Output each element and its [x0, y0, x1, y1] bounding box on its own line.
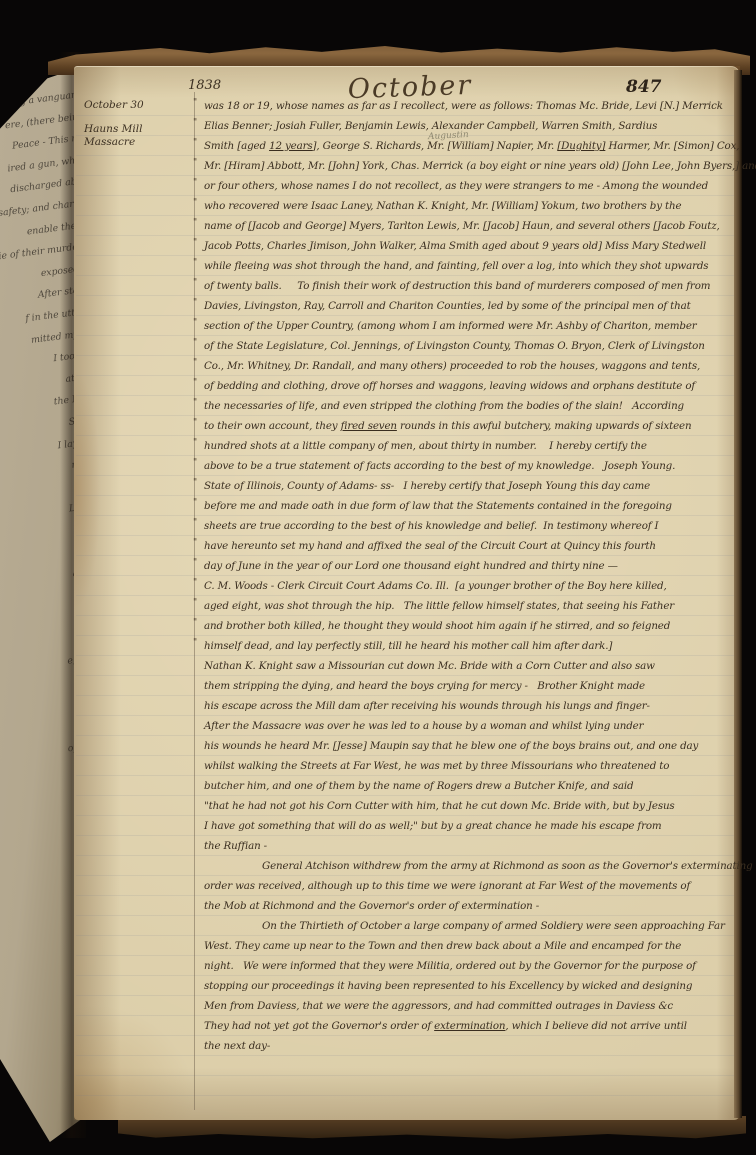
page-number: 847: [626, 77, 662, 97]
line-text: Co., Mr. Whitney, Dr. Randall, and many …: [204, 360, 700, 372]
ditto-mark: ": [193, 393, 197, 413]
manuscript-line: "have hereunto set my hand and affixed t…: [204, 536, 738, 556]
ditto-mark: ": [193, 433, 197, 453]
manuscript-line: "the necessaries of life, and even strip…: [204, 396, 738, 416]
line-text: I have got something that will do as wel…: [204, 820, 662, 832]
manuscript-line: "and brother both killed, he thought the…: [204, 616, 738, 636]
line-text: aged eight, was shot through the hip. Th…: [204, 600, 674, 612]
line-text: Mr. [Hiram] Abbott, Mr. [John] York, Cha…: [204, 160, 756, 172]
ditto-mark: ": [193, 313, 197, 333]
ditto-mark: ": [193, 553, 197, 573]
ditto-mark: ": [193, 493, 197, 513]
line-text: who recovered were Isaac Laney, Nathan K…: [204, 200, 681, 212]
manuscript-line: "or four others, whose names I do not re…: [204, 176, 738, 196]
manuscript-line: butcher him, and one of them by the name…: [204, 776, 738, 796]
margin-note: October 30: [84, 99, 189, 113]
manuscript-line: "of twenty balls. To finish their work o…: [204, 276, 738, 296]
manuscript-line: Men from Daviess, that we were the aggre…: [204, 996, 738, 1016]
manuscript-line: They had not yet got the Governor's orde…: [204, 1016, 738, 1036]
manuscript-line: "who recovered were Isaac Laney, Nathan …: [204, 196, 738, 216]
line-text: the Mob at Richmond and the Governor's o…: [204, 900, 539, 912]
manuscript-line: I have got something that will do as wel…: [204, 816, 738, 836]
ditto-mark: ": [193, 513, 197, 533]
margin-notes: October 30Hauns MillMassacre: [84, 99, 189, 150]
ditto-mark: ": [193, 633, 197, 653]
manuscript-scan: ing a vanguardere, (there beingPeace - T…: [0, 0, 756, 1155]
manuscript-line: "that he had not got his Corn Cutter wit…: [204, 796, 738, 816]
line-text: have hereunto set my hand and affixed th…: [204, 540, 656, 552]
line-text: above to be a true statement of facts ac…: [204, 460, 675, 472]
ditto-mark: ": [193, 193, 197, 213]
manuscript-line: whilst walking the Streets at Far West, …: [204, 756, 738, 776]
manuscript-line: "before me and made oath in due form of …: [204, 496, 738, 516]
manuscript-line: the next day-: [204, 1036, 738, 1056]
line-text: of the State Legislature, Col. Jennings,…: [204, 340, 705, 352]
line-text: Davies, Livingston, Ray, Carroll and Cha…: [204, 300, 691, 312]
line-text: butcher him, and one of them by the name…: [204, 780, 633, 792]
ditto-mark: ": [193, 273, 197, 293]
ditto-mark: ": [193, 373, 197, 393]
line-text: to their own account, they fired seven r…: [204, 420, 692, 432]
manuscript-line: "day of June in the year of our Lord one…: [204, 556, 738, 576]
ditto-mark: ": [193, 173, 197, 193]
manuscript-line: them stripping the dying, and heard the …: [204, 676, 738, 696]
line-text: State of Illinois, County of Adams- ss- …: [204, 480, 650, 492]
line-text: sheets are true according to the best of…: [204, 520, 658, 532]
line-text: General Atchison withdrew from the army …: [262, 860, 753, 872]
line-text: of twenty balls. To finish their work of…: [204, 280, 710, 292]
line-text: the next day-: [204, 1040, 270, 1052]
manuscript-line: "Davies, Livingston, Ray, Carroll and Ch…: [204, 296, 738, 316]
year-label: 1838: [188, 78, 221, 93]
leather-binding-bottom: [118, 1116, 746, 1146]
manuscript-line: his escape across the Mill dam after rec…: [204, 696, 738, 716]
manuscript-line: "Smith [aged 12 years], George S. Richar…: [204, 136, 738, 156]
ditto-mark: ": [193, 133, 197, 153]
ditto-mark: ": [193, 533, 197, 553]
ditto-mark: ": [193, 593, 197, 613]
line-text: Smith [aged 12 years], George S. Richard…: [204, 140, 739, 152]
line-text: of bedding and clothing, drove off horse…: [204, 380, 695, 392]
ditto-mark: ": [193, 233, 197, 253]
manuscript-line: General Atchison withdrew from the army …: [204, 856, 738, 876]
line-text: his escape across the Mill dam after rec…: [204, 700, 650, 712]
line-text: section of the Upper Country, (among who…: [204, 320, 697, 332]
manuscript-line: "of bedding and clothing, drove off hors…: [204, 376, 738, 396]
line-text: before me and made oath in due form of l…: [204, 500, 672, 512]
line-text: the necessaries of life, and even stripp…: [204, 400, 684, 412]
body-lines: "was 18 or 19, whose names as far as I r…: [204, 96, 738, 1056]
manuscript-line: "was 18 or 19, whose names as far as I r…: [204, 96, 738, 116]
ditto-mark: ": [193, 613, 197, 633]
ditto-mark: ": [193, 253, 197, 273]
margin-note: Hauns Mill: [84, 123, 189, 137]
line-text: They had not yet got the Governor's orde…: [204, 1020, 687, 1032]
line-text: West. They came up near to the Town and …: [204, 940, 681, 952]
line-text: On the Thirtieth of October a large comp…: [262, 920, 725, 932]
manuscript-line: Nathan K. Knight saw a Missourian cut do…: [204, 656, 738, 676]
ditto-mark: ": [193, 473, 197, 493]
line-text: night. We were informed that they were M…: [204, 960, 696, 972]
manuscript-line: "Co., Mr. Whitney, Dr. Randall, and many…: [204, 356, 738, 376]
line-text: was 18 or 19, whose names as far as I re…: [204, 100, 723, 112]
line-text: name of [Jacob and George] Myers, Tarlto…: [204, 220, 720, 232]
line-text: stopping our proceedings it having been …: [204, 980, 692, 992]
manuscript-line: night. We were informed that they were M…: [204, 956, 738, 976]
ditto-mark: ": [193, 353, 197, 373]
ditto-mark: ": [193, 573, 197, 593]
manuscript-line: "aged eight, was shot through the hip. T…: [204, 596, 738, 616]
line-text: his wounds he heard Mr. [Jesse] Maupin s…: [204, 740, 698, 752]
ditto-mark: ": [193, 333, 197, 353]
manuscript-line: "above to be a true statement of facts a…: [204, 456, 738, 476]
line-text: himself dead, and lay perfectly still, t…: [204, 640, 612, 652]
manuscript-line: After the Massacre was over he was led t…: [204, 716, 738, 736]
line-text: Nathan K. Knight saw a Missourian cut do…: [204, 660, 655, 672]
line-text: "that he had not got his Corn Cutter wit…: [204, 800, 675, 812]
manuscript-line: the Ruffian -: [204, 836, 738, 856]
line-text: whilst walking the Streets at Far West, …: [204, 760, 669, 772]
manuscript-line: "C. M. Woods - Clerk Circuit Court Adams…: [204, 576, 738, 596]
ditto-mark: ": [193, 113, 197, 133]
ditto-mark: ": [193, 213, 197, 233]
ditto-mark: ": [193, 93, 197, 113]
manuscript-line: "of the State Legislature, Col. Jennings…: [204, 336, 738, 356]
ditto-mark: ": [193, 293, 197, 313]
manuscript-line: "while fleeing was shot through the hand…: [204, 256, 738, 276]
ditto-mark: ": [193, 413, 197, 433]
manuscript-line: stopping our proceedings it having been …: [204, 976, 738, 996]
line-text: hundred shots at a little company of men…: [204, 440, 647, 452]
line-text: Elias Benner; Josiah Fuller, Benjamin Le…: [204, 120, 657, 132]
manuscript-line: "to their own account, they fired seven …: [204, 416, 738, 436]
line-text: Jacob Potts, Charles Jimison, John Walke…: [204, 240, 706, 252]
line-text: After the Massacre was over he was led t…: [204, 720, 643, 732]
line-text: or four others, whose names I do not rec…: [204, 180, 708, 192]
manuscript-line: "section of the Upper Country, (among wh…: [204, 316, 738, 336]
manuscript-line: "himself dead, and lay perfectly still, …: [204, 636, 738, 656]
line-text: them stripping the dying, and heard the …: [204, 680, 645, 692]
line-text: order was received, although up to this …: [204, 880, 690, 892]
manuscript-line: West. They came up near to the Town and …: [204, 936, 738, 956]
ditto-mark: ": [193, 153, 197, 173]
manuscript-line: "State of Illinois, County of Adams- ss-…: [204, 476, 738, 496]
manuscript-line: "Mr. [Hiram] Abbott, Mr. [John] York, Ch…: [204, 156, 738, 176]
line-text: and brother both killed, he thought they…: [204, 620, 670, 632]
line-text: C. M. Woods - Clerk Circuit Court Adams …: [204, 580, 667, 592]
manuscript-line: his wounds he heard Mr. [Jesse] Maupin s…: [204, 736, 738, 756]
line-text: while fleeing was shot through the hand,…: [204, 260, 708, 272]
manuscript-line: the Mob at Richmond and the Governor's o…: [204, 896, 738, 916]
line-text: Men from Daviess, that we were the aggre…: [204, 1000, 673, 1012]
manuscript-line: "Jacob Potts, Charles Jimison, John Walk…: [204, 236, 738, 256]
manuscript-line: "Elias Benner; Josiah Fuller, Benjamin L…: [204, 116, 738, 136]
margin-note: Massacre: [84, 136, 189, 150]
line-text: the Ruffian -: [204, 840, 267, 852]
manuscript-line: "name of [Jacob and George] Myers, Tarlt…: [204, 216, 738, 236]
ditto-mark: ": [193, 453, 197, 473]
manuscript-line: On the Thirtieth of October a large comp…: [204, 916, 738, 936]
line-text: day of June in the year of our Lord one …: [204, 560, 618, 572]
manuscript-line: order was received, although up to this …: [204, 876, 738, 896]
manuscript-line: "hundred shots at a little company of me…: [204, 436, 738, 456]
manuscript-line: "sheets are true according to the best o…: [204, 516, 738, 536]
